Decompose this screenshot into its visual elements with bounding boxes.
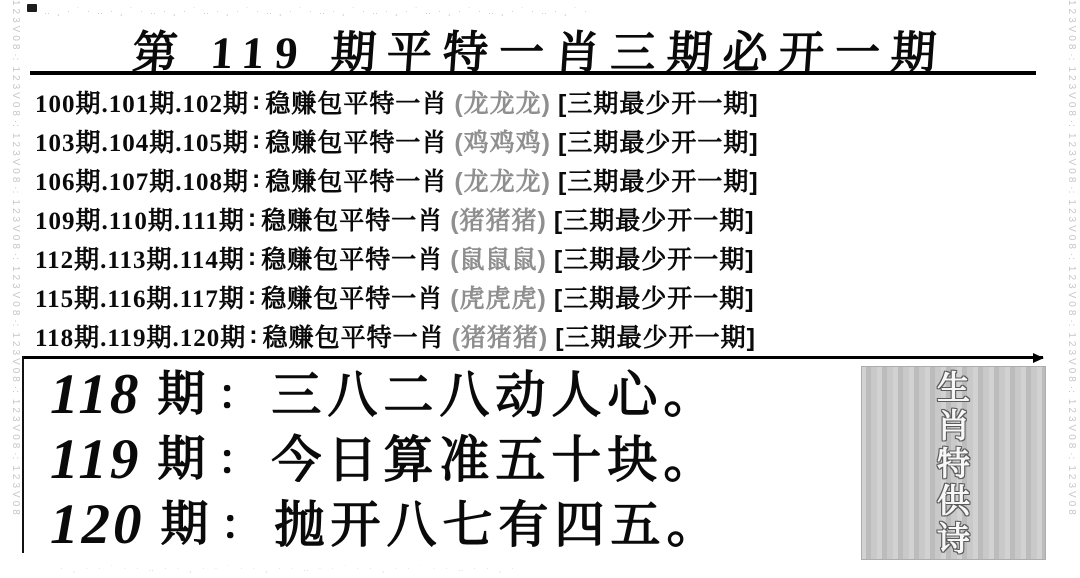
prediction-row: 109期.110期.111期:稳赚包平特一肖 (猪猪猪) [三期最少开一期] (35, 199, 795, 238)
stamp-char: 特 (937, 447, 970, 480)
prediction-row: 112期.113期.114期:稳赚包平特一肖 (鼠鼠鼠) [三期最少开一期] (35, 238, 795, 277)
row-label: 稳赚包平特一肖 (265, 123, 447, 159)
prediction-row: 100期.101期.102期:稳赚包平特一肖 (龙龙龙) [三期最少开一期] (35, 82, 795, 121)
row-label: 稳赚包平特一肖 (261, 201, 443, 237)
poem-colon: ： (221, 504, 263, 546)
title-divider (30, 71, 1036, 75)
left-watermark: 123V08∴123V08∴123V08∴123V08∴123V08∴123V0… (3, 0, 21, 578)
ink-blot (27, 4, 37, 12)
poem-text: 抛开八七有四五。 (275, 500, 723, 550)
row-colon: : (252, 126, 260, 155)
row-note: [三期最少开一期] (558, 84, 759, 120)
poem-period-number: 120 (50, 496, 145, 553)
row-periods: 109期.110期.111期 (35, 201, 245, 237)
row-note: [三期最少开一期] (558, 123, 759, 159)
row-animal: (鸡鸡鸡) (454, 123, 551, 159)
stamp-char: 供 (937, 484, 970, 517)
row-animal: (猪猪猪) (452, 318, 549, 354)
row-periods: 100期.101期.102期 (35, 84, 249, 120)
row-colon: : (248, 204, 256, 233)
poem-line: 119 期 ： 今日算准五十块。 (50, 427, 850, 492)
row-animal: (猪猪猪) (450, 201, 547, 237)
prediction-row: 103期.104期.105期:稳赚包平特一肖 (鸡鸡鸡) [三期最少开一期] (35, 121, 795, 160)
row-label: 稳赚包平特一肖 (265, 84, 447, 120)
row-label: 稳赚包平特一肖 (265, 162, 447, 198)
row-note: [三期最少开一期] (555, 318, 756, 354)
poem-period-suffix: 期 (157, 436, 205, 484)
stamp-char: 生 (937, 371, 970, 404)
poem-line: 118 期 ： 三八二八动人心。 (50, 362, 850, 427)
prediction-row: 106期.107期.108期:稳赚包平特一肖 (龙龙龙) [三期最少开一期] (35, 160, 795, 199)
row-label: 稳赚包平特一肖 (261, 279, 443, 315)
row-colon: : (248, 243, 256, 272)
poem-period-number: 118 (50, 366, 141, 423)
poem-colon: ： (217, 374, 259, 416)
row-periods: 106期.107期.108期 (35, 162, 249, 198)
right-watermark: 123V08∴123V08∴123V08∴123V08∴123V08∴123V0… (1059, 0, 1077, 578)
lottery-tip-sheet: ·‥¸·˙·‥·¸˙·‥·¸·˙‥·¸·˙·‥¸·˙·‥·¸˙·‥·¸·˙‥·¸… (0, 0, 1080, 578)
row-periods: 112期.113期.114期 (35, 240, 245, 276)
row-label: 稳赚包平特一肖 (261, 240, 443, 276)
row-periods: 118期.119期.120期 (35, 318, 246, 354)
row-animal: (虎虎虎) (450, 279, 547, 315)
row-periods: 115期.116期.117期 (35, 279, 245, 315)
divider-arrow-tip (1033, 353, 1044, 363)
poem-period-suffix: 期 (161, 501, 209, 549)
row-note: [三期最少开一期] (554, 279, 755, 315)
row-note: [三期最少开一期] (554, 201, 755, 237)
left-border-rule (22, 356, 24, 553)
row-colon: : (248, 282, 256, 311)
poem-text: 今日算准五十块。 (271, 435, 719, 485)
row-animal: (龙龙龙) (454, 162, 551, 198)
row-label: 稳赚包平特一肖 (263, 318, 445, 354)
prediction-row: 115期.116期.117期:稳赚包平特一肖 (虎虎虎) [三期最少开一期] (35, 277, 795, 316)
section-divider (22, 356, 1043, 359)
stamp-char: 诗 (937, 522, 970, 555)
zodiac-poem-stamp: 生 肖 特 供 诗 (861, 366, 1046, 560)
poem-period-suffix: 期 (157, 371, 205, 419)
poem-line: 120 期 ： 抛开八七有四五。 (50, 492, 850, 557)
scan-noise-bottom: ·¸··˙··‥··¸··˙··¸··‥··˙··¸··˙··‥··¸· (60, 564, 1020, 576)
row-colon: : (252, 87, 260, 116)
row-colon: : (252, 165, 260, 194)
prediction-list: 100期.101期.102期:稳赚包平特一肖 (龙龙龙) [三期最少开一期] 1… (35, 82, 795, 355)
poem-list: 118 期 ： 三八二八动人心。 119 期 ： 今日算准五十块。 120 期 … (50, 362, 850, 557)
row-note: [三期最少开一期] (554, 240, 755, 276)
row-animal: (鼠鼠鼠) (450, 240, 547, 276)
poem-period-number: 119 (50, 431, 141, 488)
row-periods: 103期.104期.105期 (35, 123, 249, 159)
row-animal: (龙龙龙) (454, 84, 551, 120)
poem-colon: ： (217, 439, 259, 481)
row-colon: : (249, 321, 257, 350)
row-note: [三期最少开一期] (558, 162, 759, 198)
prediction-row: 118期.119期.120期:稳赚包平特一肖 (猪猪猪) [三期最少开一期] (35, 316, 795, 355)
poem-text: 三八二八动人心。 (271, 370, 719, 420)
stamp-char: 肖 (937, 409, 970, 442)
